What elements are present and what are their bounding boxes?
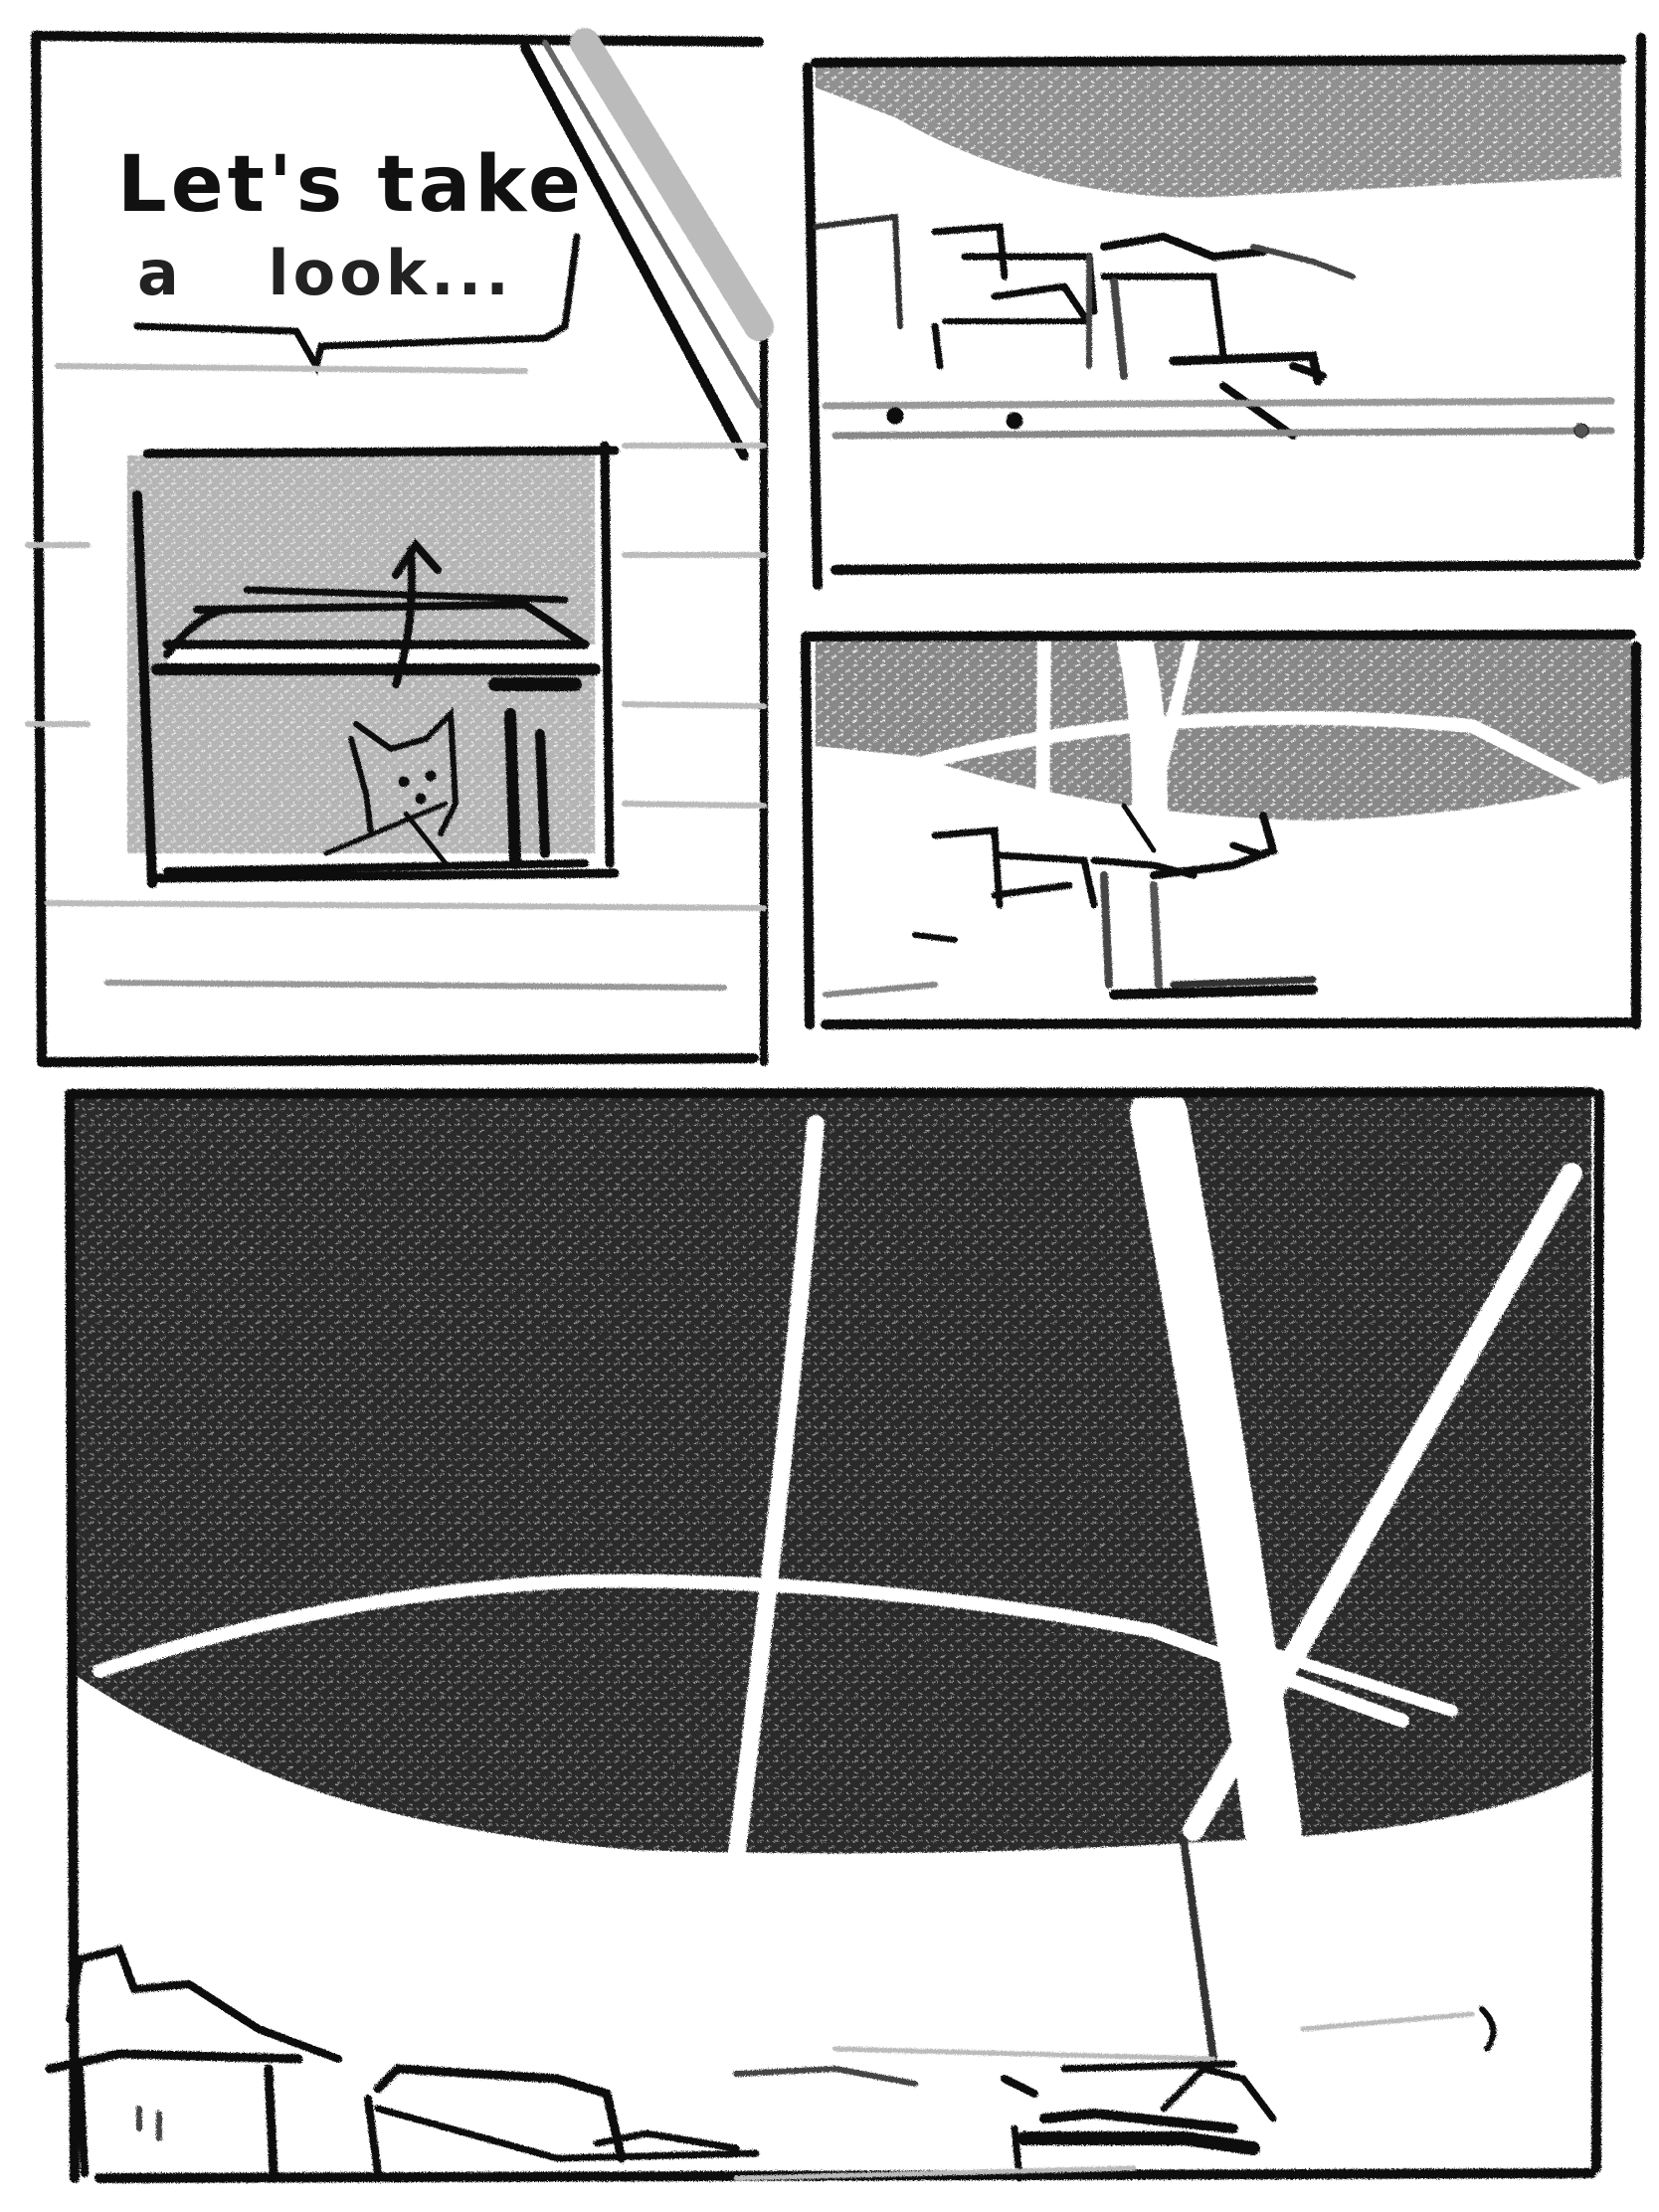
panel-1-window-cat: Let's take a look... xyxy=(28,28,784,1067)
speech-bubble-line-2: a look... xyxy=(137,235,605,312)
speech-bubble-line-1: Let's take xyxy=(117,137,605,235)
panel-4-drawing xyxy=(40,1074,1641,2198)
speech-bubble: Let's take a look... xyxy=(78,137,605,311)
panel-4-night-sky xyxy=(40,1074,1641,2198)
panel-2-cityscape xyxy=(796,28,1651,585)
panel-2-drawing xyxy=(796,28,1651,585)
panel-3-searchlights xyxy=(796,607,1651,1044)
comic-page: Let's take a look... xyxy=(0,0,1659,2212)
panel-3-drawing xyxy=(796,607,1651,1044)
